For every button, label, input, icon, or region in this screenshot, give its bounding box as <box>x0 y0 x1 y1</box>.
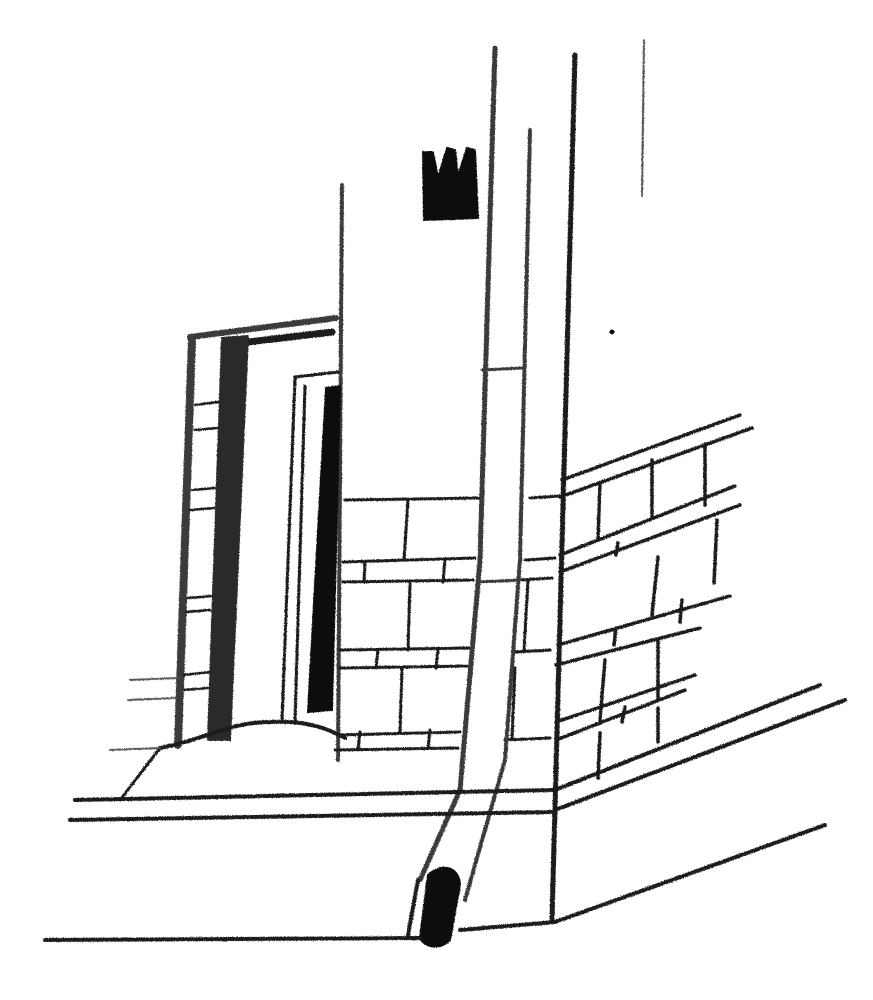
doorway <box>178 318 340 745</box>
sketch-canvas <box>0 0 873 1000</box>
stray-dot <box>610 330 615 335</box>
brick-wall-left <box>335 496 560 750</box>
pencil-sketch <box>0 0 873 1000</box>
crown-mark <box>423 148 478 220</box>
